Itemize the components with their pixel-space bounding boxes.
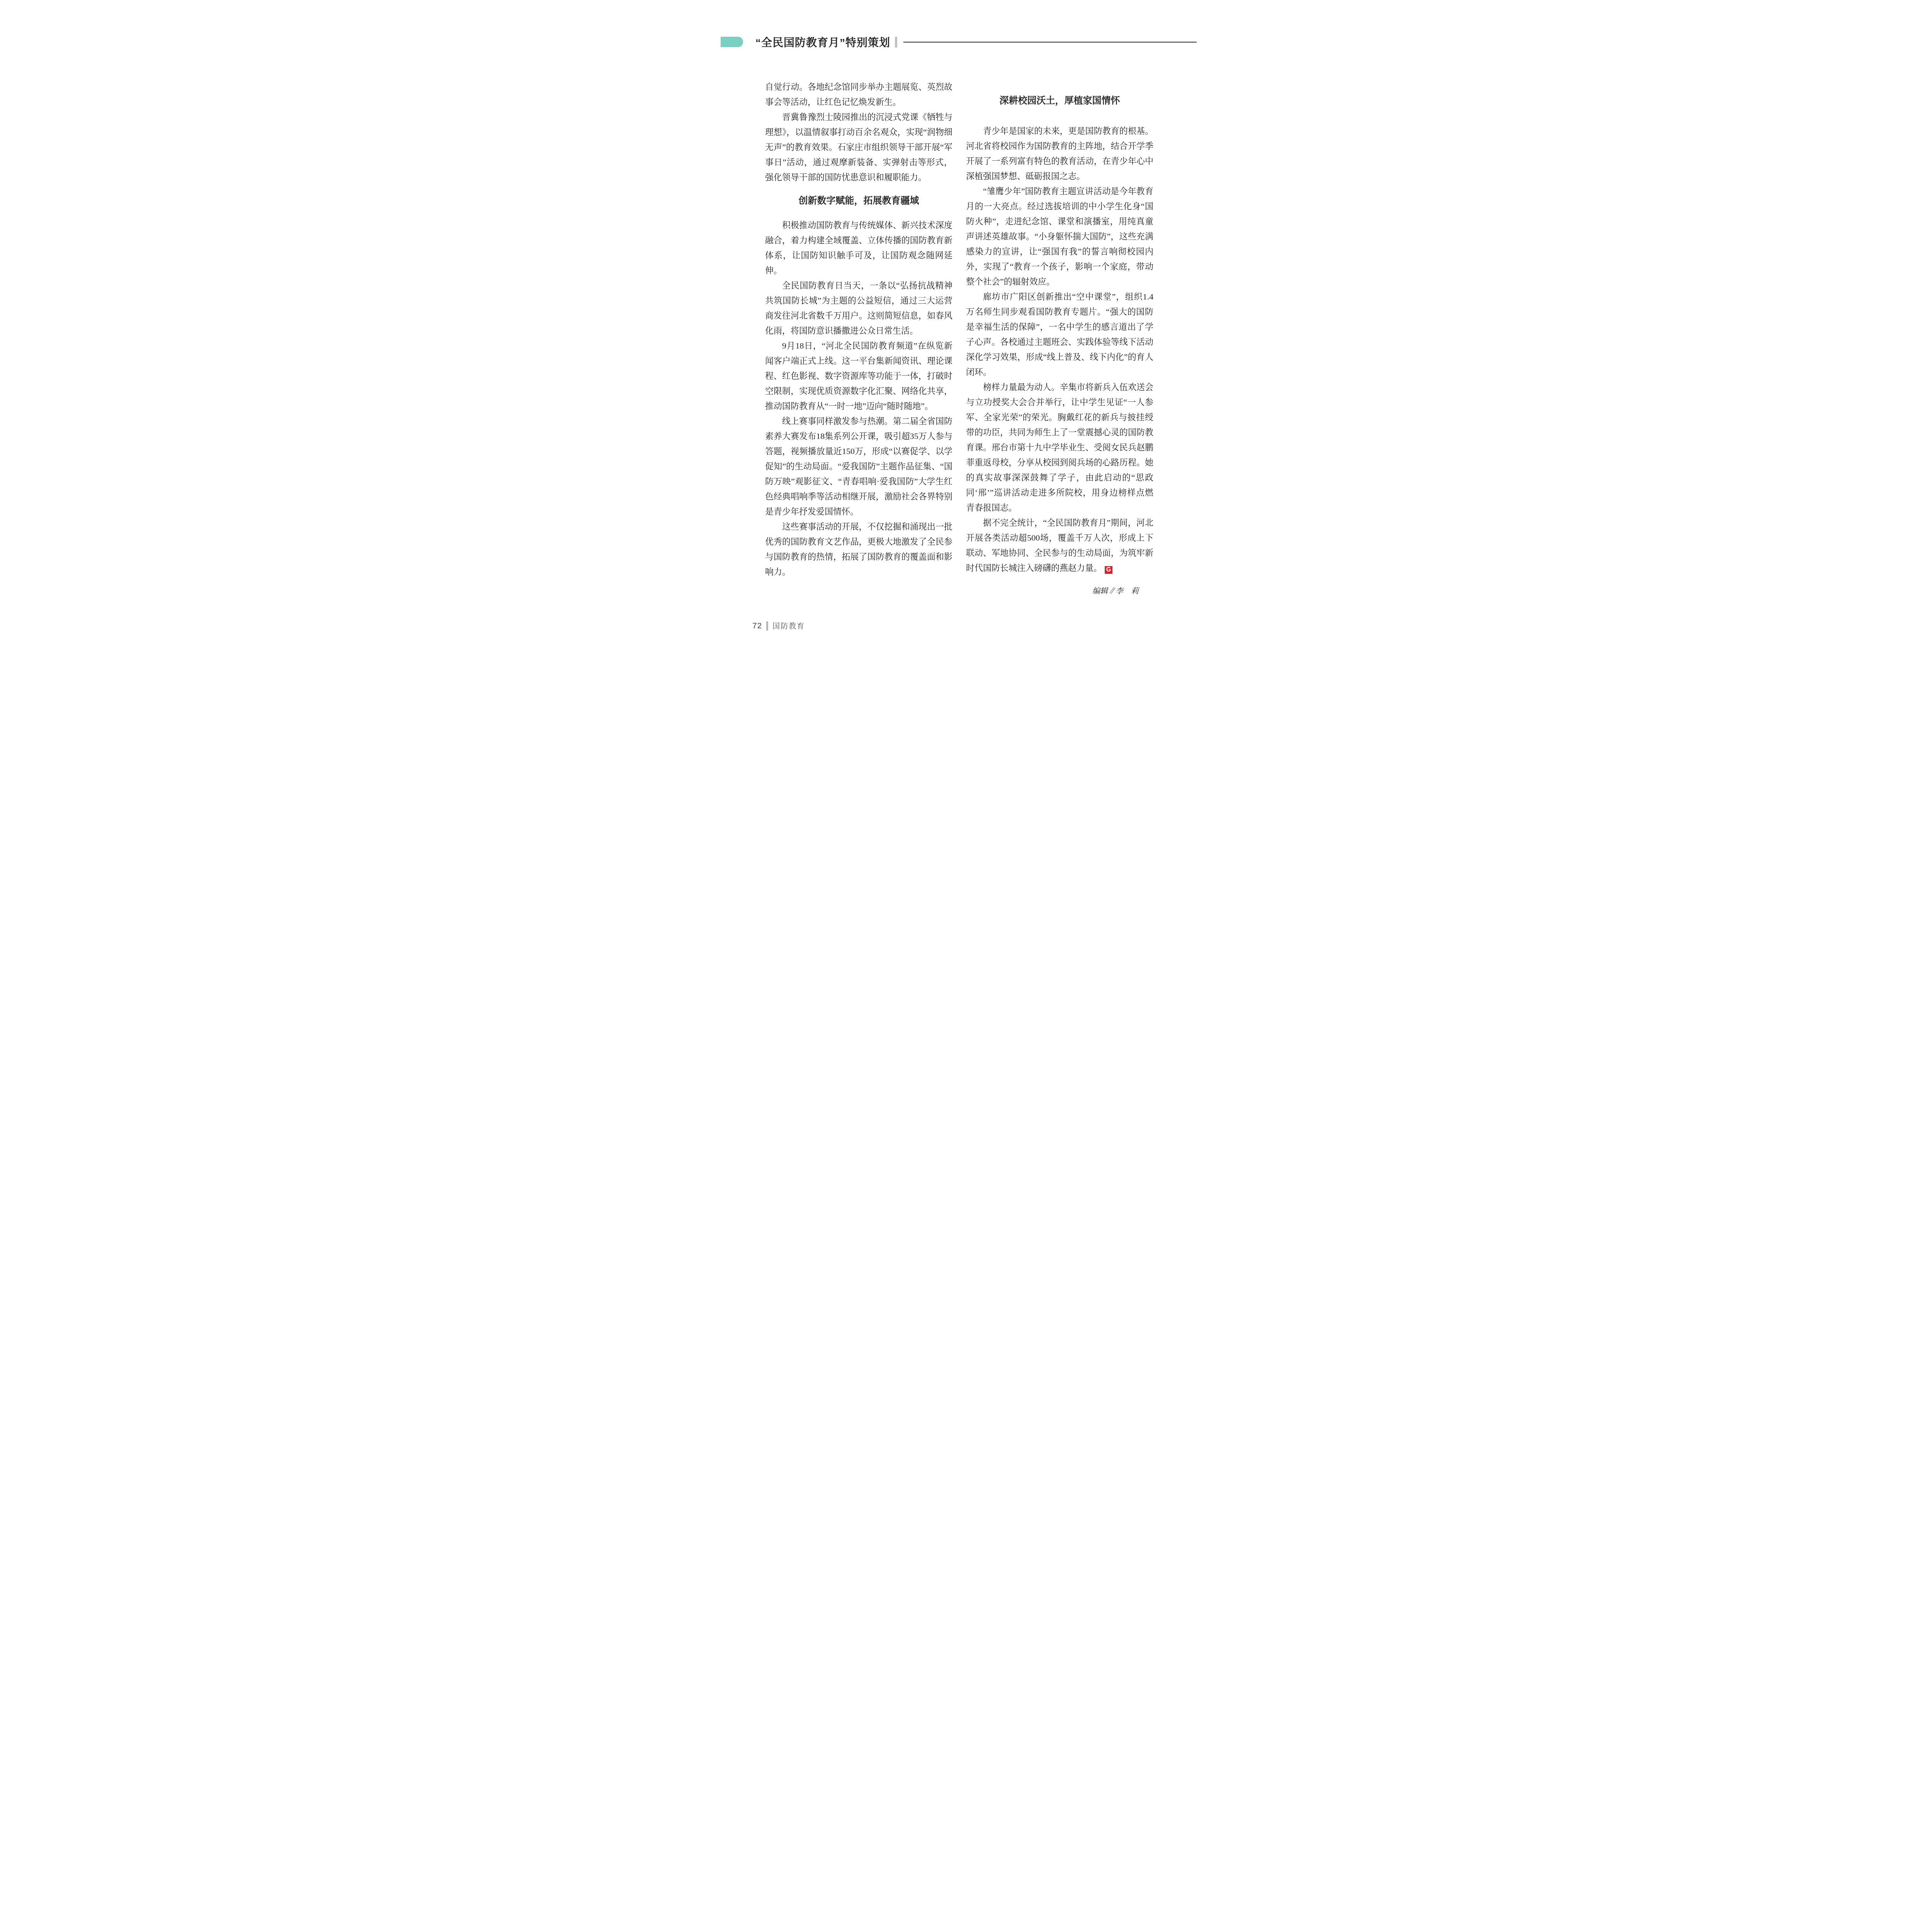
editor-credit: 编辑∥李 莉: [966, 584, 1153, 599]
paragraph: 青少年是国家的未来，更是国防教育的根基。河北省将校园作为国防教育的主阵地，结合开…: [966, 123, 1153, 184]
subheading-campus: 深耕校园沃土，厚植家国情怀: [966, 95, 1153, 107]
footer-divider: [766, 621, 768, 631]
paragraph: 自觉行动。各地纪念馆同步举办主题展览、英烈故事会等活动，让红色记忆焕发新生。: [765, 79, 952, 109]
paragraph: 积极推动国防教育与传统媒体、新兴技术深度融合，着力构建全域覆盖、立体传播的国防教…: [765, 218, 952, 278]
masthead: “全民国防教育月”特别策划: [755, 36, 1197, 49]
paragraph: 晋冀鲁豫烈士陵园推出的沉浸式党课《牺牲与理想》，以温情叙事打动百余名观众，实现“…: [765, 109, 952, 185]
header-rule: [903, 42, 1197, 43]
page-footer: 72 国防教育: [752, 621, 805, 631]
paragraph: 9月18日，“河北全民国防教育频道”在纵览新闻客户端正式上线。这一平台集新闻资讯…: [765, 338, 952, 413]
section-accent-tab: [721, 37, 743, 47]
section-title: “全民国防教育月”特别策划: [755, 34, 890, 50]
magazine-end-mark: G: [1105, 566, 1112, 574]
paragraph: 线上赛事同样激发参与热潮。第二届全省国防素养大赛发布18集系列公开课，吸引超35…: [765, 413, 952, 519]
title-end-bar: [895, 37, 897, 48]
paragraph: 廊坊市广阳区创新推出“空中课堂”，组织1.4万名师生同步观看国防教育专题片。“强…: [966, 289, 1153, 379]
paragraph: “雏鹰少年”国防教育主题宣讲活动是今年教育月的一大亮点。经过选拔培训的中小学生化…: [966, 184, 1153, 289]
paragraph: 榜样力量最为动人。辛集市将新兵入伍欢送会与立功授奖大会合并举行，让中学生见证“一…: [966, 379, 1153, 515]
paragraph: 据不完全统计，“全民国防教育月”期间，河北开展各类活动超500场，覆盖千万人次，…: [966, 515, 1153, 575]
article-body: 自觉行动。各地纪念馆同步举办主题展览、英烈故事会等活动，让红色记忆焕发新生。 晋…: [765, 79, 1153, 599]
left-column: 自觉行动。各地纪念馆同步举办主题展览、英烈故事会等活动，让红色记忆焕发新生。 晋…: [765, 79, 952, 599]
paragraph: 全民国防教育日当天，一条以“弘扬抗战精神共筑国防长城”为主题的公益短信，通过三大…: [765, 278, 952, 338]
right-column: 深耕校园沃土，厚植家国情怀 青少年是国家的未来，更是国防教育的根基。河北省将校园…: [966, 79, 1153, 599]
subheading-digital: 创新数字赋能，拓展教育疆域: [765, 195, 952, 207]
page-number: 72: [752, 621, 762, 631]
magazine-page: “全民国防教育月”特别策划 自觉行动。各地纪念馆同步举办主题展览、英烈故事会等活…: [721, 0, 1211, 650]
paragraph-text: 据不完全统计，“全民国防教育月”期间，河北开展各类活动超500场，覆盖千万人次，…: [966, 518, 1153, 573]
footer-section: 国防教育: [772, 621, 805, 631]
paragraph: 这些赛事活动的开展，不仅挖掘和涌现出一批优秀的国防教育文艺作品，更极大地激发了全…: [765, 519, 952, 579]
